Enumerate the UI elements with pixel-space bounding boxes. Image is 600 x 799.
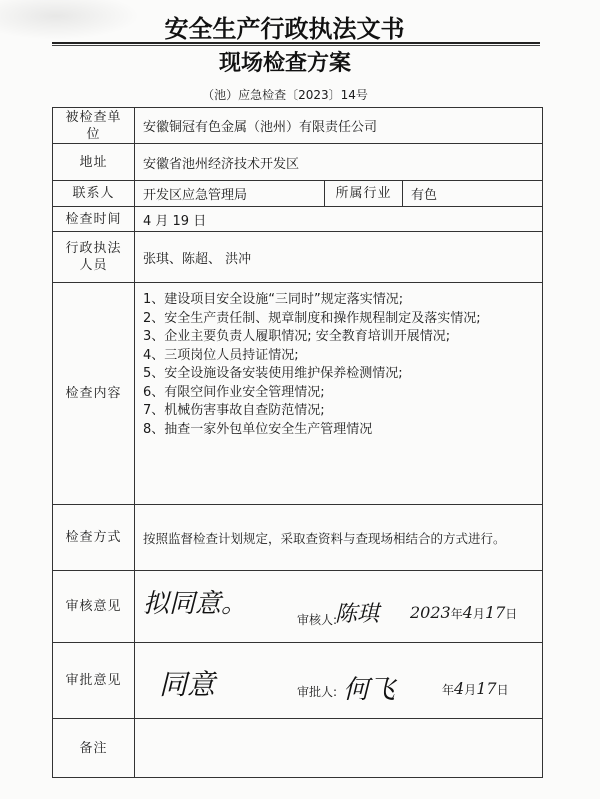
year-suffix: 年 [451, 607, 463, 621]
label-review: 审核意见 [53, 571, 135, 643]
row-approval: 审批意见 同意 审批人: 何飞 年4月17日 [53, 643, 543, 719]
value-method: 按照监督检查计划规定，采取查资料与查现场相结合的方式进行。 [135, 505, 543, 571]
label-approval: 审批意见 [53, 643, 135, 719]
document-title: 安全生产行政执法文书 [0, 9, 569, 44]
day-suffix: 日 [497, 683, 509, 697]
label-inspected-unit: 被检查单 位 [53, 108, 135, 144]
row-method: 检查方式 按照监督检查计划规定，采取查资料与查现场相结合的方式进行。 [53, 505, 543, 571]
value-approval: 同意 审批人: 何飞 年4月17日 [135, 643, 543, 719]
approver-label: 审批人: [297, 683, 337, 700]
month-suffix: 月 [473, 607, 485, 621]
row-remarks: 备注 [53, 719, 543, 778]
review-date: 2023年4月17日 [410, 603, 517, 622]
label-officers: 行政执法 人员 [53, 232, 135, 283]
content-item: 3、企业主要负责人履职情况; 安全教育培训开展情况; [143, 328, 542, 347]
row-address: 地址 安徽省池州经济技术开发区 [53, 144, 543, 181]
label-method: 检查方式 [53, 505, 135, 571]
document-number: （池）应急检查〔2023〕14号 [0, 86, 570, 103]
label-address: 地址 [53, 144, 135, 181]
reviewer-label: 审核人: [297, 611, 337, 628]
label-line1: 行政执法 [53, 240, 134, 257]
row-inspection-time: 检查时间 4 月 19 日 [53, 207, 543, 232]
value-industry: 有色 [403, 181, 543, 207]
approval-date-month: 4 [454, 679, 464, 698]
row-officers: 行政执法 人员 张琪、陈超、 洪冲 [53, 232, 543, 283]
review-date-month: 4 [463, 603, 473, 622]
reviewer-signature: 陈琪 [335, 597, 379, 628]
label-contact: 联系人 [53, 181, 135, 207]
label-line1: 被检查单 [53, 109, 134, 126]
document-subtitle: 现场检查方案 [0, 46, 570, 77]
inspection-plan-table: 被检查单 位 安徽铜冠有色金属（池州）有限责任公司 地址 安徽省池州经济技术开发… [52, 107, 543, 778]
content-item: 7、机械伤害事故自查防范情况; [143, 402, 542, 421]
content-item: 6、有限空间作业安全管理情况; [143, 384, 542, 403]
value-content: 1、建设项目安全设施“三同时”规定落实情况; 2、安全生产责任制、规章制度和操作… [135, 283, 543, 505]
label-line2: 位 [53, 126, 134, 143]
content-item: 4、三项岗位人员持证情况; [143, 347, 542, 366]
value-inspected-unit: 安徽铜冠有色金属（池州）有限责任公司 [135, 108, 543, 144]
value-inspection-time: 4 月 19 日 [135, 207, 543, 232]
content-item: 2、安全生产责任制、规章制度和操作规程制定及落实情况; [143, 310, 542, 329]
row-contact: 联系人 开发区应急管理局 所属行业 有色 [53, 181, 543, 207]
label-content: 检查内容 [53, 283, 135, 505]
review-date-year: 2023 [410, 603, 451, 622]
review-date-day: 17 [485, 603, 505, 622]
value-remarks [135, 719, 543, 778]
content-item: 1、建设项目安全设施“三同时”规定落实情况; [143, 291, 542, 310]
row-content: 检查内容 1、建设项目安全设施“三同时”规定落实情况; 2、安全生产责任制、规章… [53, 283, 543, 505]
review-opinion-handwritten: 拟同意。 [143, 583, 247, 620]
label-remarks: 备注 [53, 719, 135, 778]
value-review: 拟同意。 审核人: 陈琪 2023年4月17日 [135, 571, 543, 643]
value-address: 安徽省池州经济技术开发区 [135, 144, 543, 181]
approval-opinion-handwritten: 同意 [159, 663, 215, 703]
value-contact: 开发区应急管理局 [135, 181, 325, 207]
approval-date-day: 17 [476, 679, 496, 698]
row-inspected-unit: 被检查单 位 安徽铜冠有色金属（池州）有限责任公司 [53, 108, 543, 144]
month-suffix: 月 [464, 683, 476, 697]
label-industry: 所属行业 [325, 181, 403, 207]
year-suffix: 年 [442, 683, 454, 697]
content-list: 1、建设项目安全设施“三同时”规定落实情况; 2、安全生产责任制、规章制度和操作… [135, 291, 542, 439]
label-line2: 人员 [53, 257, 134, 274]
approver-signature: 何飞 [343, 669, 395, 706]
row-review: 审核意见 拟同意。 审核人: 陈琪 2023年4月17日 [53, 571, 543, 643]
content-item: 5、安全设施设备安装使用维护保养检测情况; [143, 365, 542, 384]
value-officers: 张琪、陈超、 洪冲 [135, 232, 543, 283]
day-suffix: 日 [505, 607, 517, 621]
approval-date: 年4月17日 [442, 679, 509, 698]
label-inspection-time: 检查时间 [53, 207, 135, 232]
content-item: 8、抽查一家外包单位安全生产管理情况 [143, 421, 542, 440]
